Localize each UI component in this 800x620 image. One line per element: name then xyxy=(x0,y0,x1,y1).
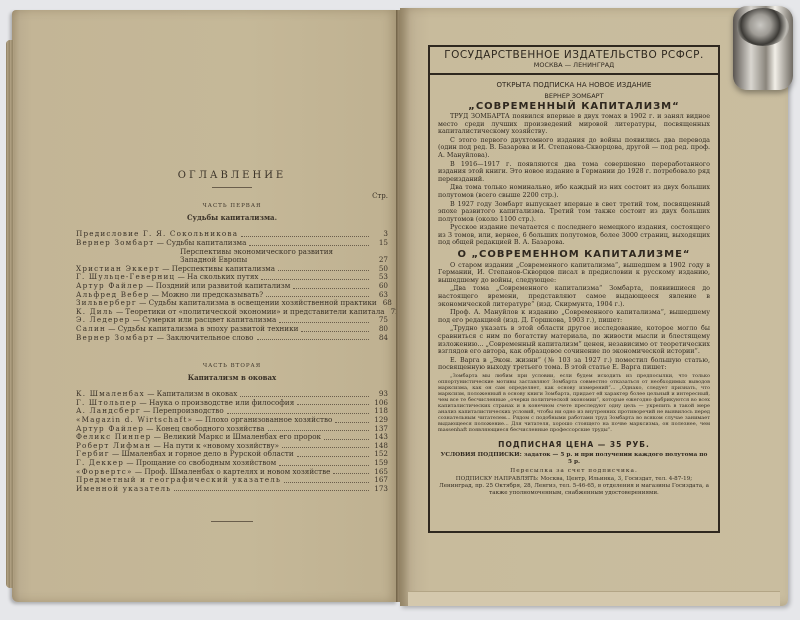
leader-dots xyxy=(241,236,369,237)
publisher-city: МОСКВА — ЛЕНИНГРАД xyxy=(430,62,718,70)
paragraph: „Трудно указать в этой области другое ис… xyxy=(438,325,710,355)
paragraph: С этого первого двухтомного издания до в… xyxy=(438,137,710,160)
leader-dots xyxy=(240,396,369,397)
book-title: „СОВРЕМЕННЫЙ КАПИТАЛИЗМ“ xyxy=(438,103,710,111)
paragraph: Е. Варга в „Экон. жизни“ (№ 103 за 1927 … xyxy=(438,357,710,372)
toc-entry-page: 15 xyxy=(372,239,388,248)
leader-dots xyxy=(268,430,369,431)
subscription-price: ПОДПИСНАЯ ЦЕНА — 35 РУБ. xyxy=(438,441,710,449)
paragraph: ТРУД ЗОМБАРТА появился впервые в двух то… xyxy=(438,113,710,136)
part-one-title: Судьбы капитализма. xyxy=(76,214,388,223)
postage-note: Пересылка за счет подписчика. xyxy=(438,468,710,476)
part-two-entries: К. Шмаленбах — Капитализм в оковах93Г. Ш… xyxy=(76,390,388,493)
toc-entry-author: Именной указатель xyxy=(76,484,171,493)
paragraph: Проф. А. Мануйлов к изданию „Современног… xyxy=(438,309,710,324)
table-of-contents: ОГЛАВЛЕНИЕ Стр. ЧАСТЬ ПЕРВАЯ Судьбы капи… xyxy=(76,172,388,522)
page-bottom-edge xyxy=(408,591,780,606)
toc-entry: Вернер Зомбарт — Заключительное слово84 xyxy=(76,334,388,343)
toc-entry-title: Перспективы экономического развития Запа… xyxy=(180,247,333,265)
divider xyxy=(212,187,252,188)
toc-entry-text: Вернер Зомбарт — Заключительное слово xyxy=(76,334,254,343)
leader-dots xyxy=(249,245,369,246)
weight-top xyxy=(737,8,789,46)
leader-dots xyxy=(324,439,369,440)
book-author: ВЕРНЕР ЗОМБАРТ xyxy=(438,93,710,101)
paragraph: О старом издании „Современного капитализ… xyxy=(438,262,710,285)
leader-dots xyxy=(279,465,369,466)
varga-quote: „Зомбарта мы любим при условии, если буд… xyxy=(438,373,710,433)
leader-dots xyxy=(333,473,369,474)
subscription-open: ОТКРЫТА ПОДПИСКА НА НОВОЕ ИЗДАНИЕ xyxy=(438,82,710,90)
left-page: ОГЛАВЛЕНИЕ Стр. ЧАСТЬ ПЕРВАЯ Судьбы капи… xyxy=(12,10,398,602)
leader-dots xyxy=(266,296,369,297)
toc-entry-text: Именной указатель xyxy=(76,485,171,494)
leader-dots xyxy=(261,279,369,280)
toc-entry-page: 84 xyxy=(372,334,388,343)
paragraph: В 1927 году Зомбарт выпускает впервые в … xyxy=(438,201,710,224)
paragraph: Русское издание печатается с последнего … xyxy=(438,224,710,247)
leader-dots xyxy=(335,422,369,423)
part-one-label: ЧАСТЬ ПЕРВАЯ xyxy=(76,202,388,211)
toc-title: ОГЛАВЛЕНИЕ xyxy=(76,172,388,181)
review-paragraphs: О старом издании „Современного капитализ… xyxy=(438,262,710,372)
subscription-terms: УСЛОВИЯ ПОДПИСКИ: задаток — 5 р. и при п… xyxy=(438,452,710,467)
part-two-label: ЧАСТЬ ВТОРАЯ xyxy=(76,362,388,371)
paragraph: „Два тома „Современного капитализма“ Зом… xyxy=(438,285,710,308)
part-two-title: Капитализм в оковах xyxy=(76,374,388,383)
end-divider xyxy=(211,521,253,522)
toc-entry-text: Перспективы экономического развития Запа… xyxy=(180,248,368,265)
toc-entry-author: Вернер Зомбарт xyxy=(76,333,154,342)
paragraph: Два тома только номинально, ибо каждый и… xyxy=(438,184,710,199)
leader-dots xyxy=(284,482,369,483)
ad-body: ОТКРЫТА ПОДПИСКА НА НОВОЕ ИЗДАНИЕ ВЕРНЕР… xyxy=(430,75,718,500)
subscription-address: ПОДПИСКУ НАПРАВЛЯТЬ: Москва, Центр, Ильи… xyxy=(438,476,710,496)
leader-dots xyxy=(293,288,369,289)
leader-dots xyxy=(278,270,369,271)
ad-header: ГОСУДАРСТВЕННОЕ ИЗДАТЕЛЬСТВО РСФСР. МОСК… xyxy=(430,47,718,75)
leader-dots xyxy=(301,331,369,332)
paragraph: В 1916—1917 г. появляются два тома совер… xyxy=(438,161,710,184)
intro-paragraphs: ТРУД ЗОМБАРТА появился впервые в двух то… xyxy=(438,113,710,247)
publisher-name: ГОСУДАРСТВЕННОЕ ИЗДАТЕЛЬСТВО РСФСР. xyxy=(430,52,718,60)
leader-dots xyxy=(174,490,369,491)
leader-dots xyxy=(297,404,369,405)
toc-entry: Перспективы экономического развития Запа… xyxy=(76,248,388,265)
toc-entry-page: 173 xyxy=(372,485,388,494)
metal-page-weight xyxy=(733,6,793,90)
toc-entry: Именной указатель 173 xyxy=(76,485,388,494)
right-page: ГОСУДАРСТВЕННОЕ ИЗДАТЕЛЬСТВО РСФСР. МОСК… xyxy=(400,8,788,606)
toc-entry-author: Вернер Зомбарт xyxy=(76,238,154,247)
part-one-entries: Предисловие Г. Я. Сокольникова 3Вернер З… xyxy=(76,230,388,342)
page-edges xyxy=(6,40,14,588)
toc-entry-title: — Заключительное слово xyxy=(157,333,254,342)
leader-dots xyxy=(282,447,369,448)
page-column-label: Стр. xyxy=(76,192,388,201)
publisher-advertisement: ГОСУДАРСТВЕННОЕ ИЗДАТЕЛЬСТВО РСФСР. МОСК… xyxy=(428,45,720,533)
leader-dots xyxy=(257,339,369,340)
leader-dots xyxy=(279,322,369,323)
reviews-heading: О „СОВРЕМЕННОМ КАПИТАЛИЗМЕ“ xyxy=(438,251,710,259)
leader-dots xyxy=(227,413,369,414)
leader-dots xyxy=(297,456,369,457)
